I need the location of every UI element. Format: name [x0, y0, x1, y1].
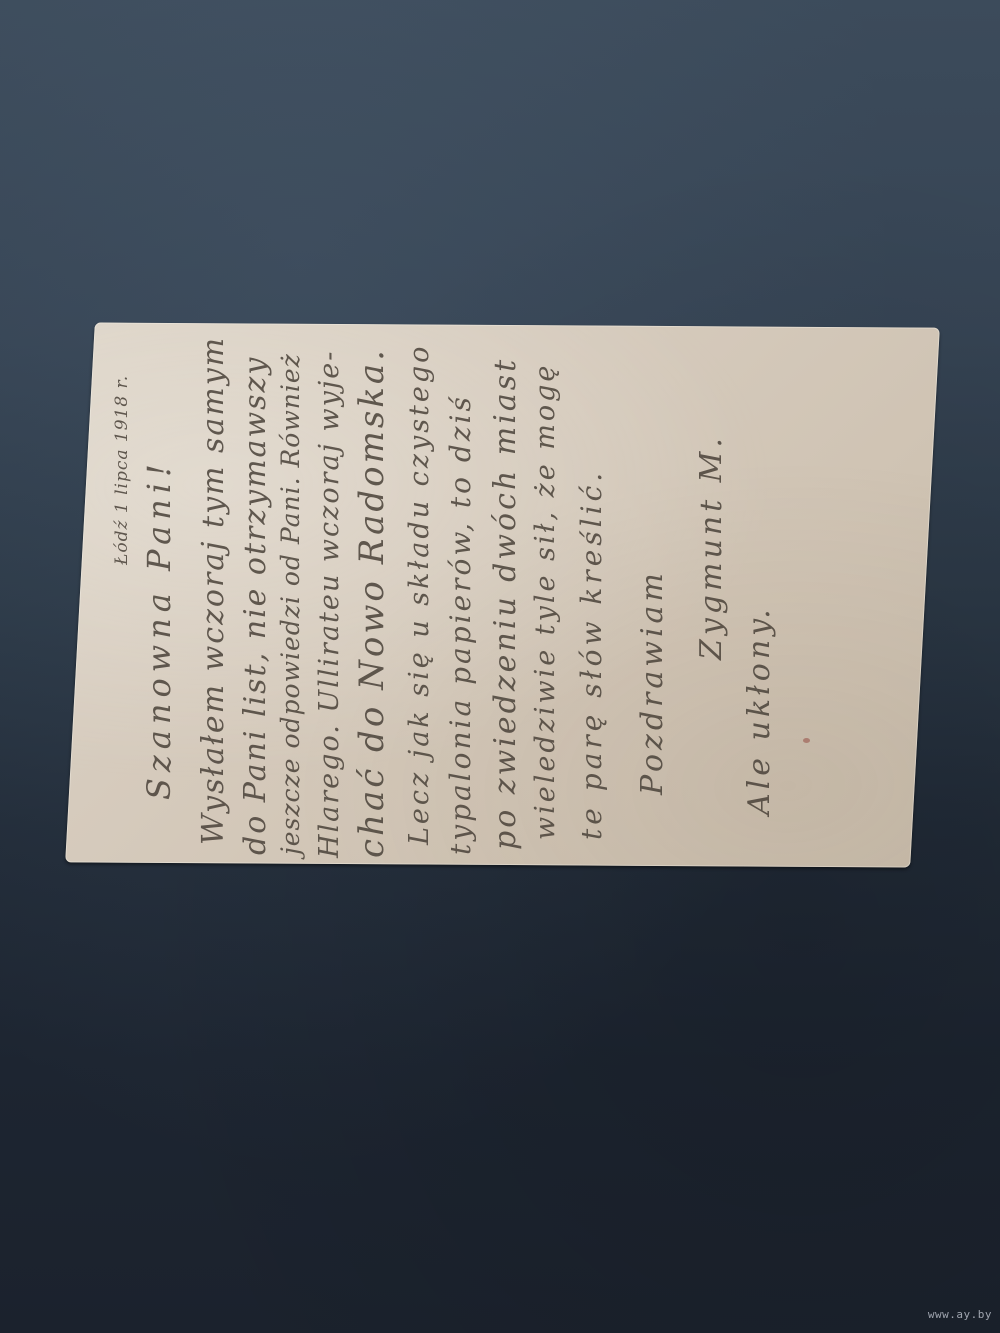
postcard-line-5: jeszcze odpowiedzi od Pani. Również: [276, 353, 305, 855]
postcard-line-10: po zwiedzeniu dwóch miast: [488, 357, 523, 850]
ink-spot: [803, 738, 810, 743]
postcard-postscript: Ale ukłony.: [742, 605, 777, 815]
postcard-line-9: typalonia papierów, to dziś: [444, 394, 477, 855]
postcard-line-12: te parę słów kreślić.: [575, 469, 608, 840]
postcard-line-7: chać do Nowo Radomska.: [352, 347, 392, 858]
postcard-salutation: Szanowna Pani!: [140, 458, 178, 800]
postcard-line-3: Wysłałem wczoraj tym samym: [196, 336, 231, 845]
postcard-date: Łódź 1 lipca 1918 r.: [112, 375, 132, 565]
postcard-line-4: do Pani list, nie otrzymawszy: [238, 356, 273, 855]
watermark: www.ay.by: [928, 1308, 992, 1321]
postcard-signature: Zygmunt M.: [694, 434, 729, 660]
postcard-line-11: wieledziwie tyle sił, że mogę: [530, 363, 561, 840]
postcard-closing: Pozdrawiam: [635, 569, 670, 795]
postcard-line-6: Hlarego. Ullirateu wczoraj wyje-: [314, 350, 345, 858]
postcard-line-8: Lecz jak się u składu czystego: [404, 344, 435, 845]
